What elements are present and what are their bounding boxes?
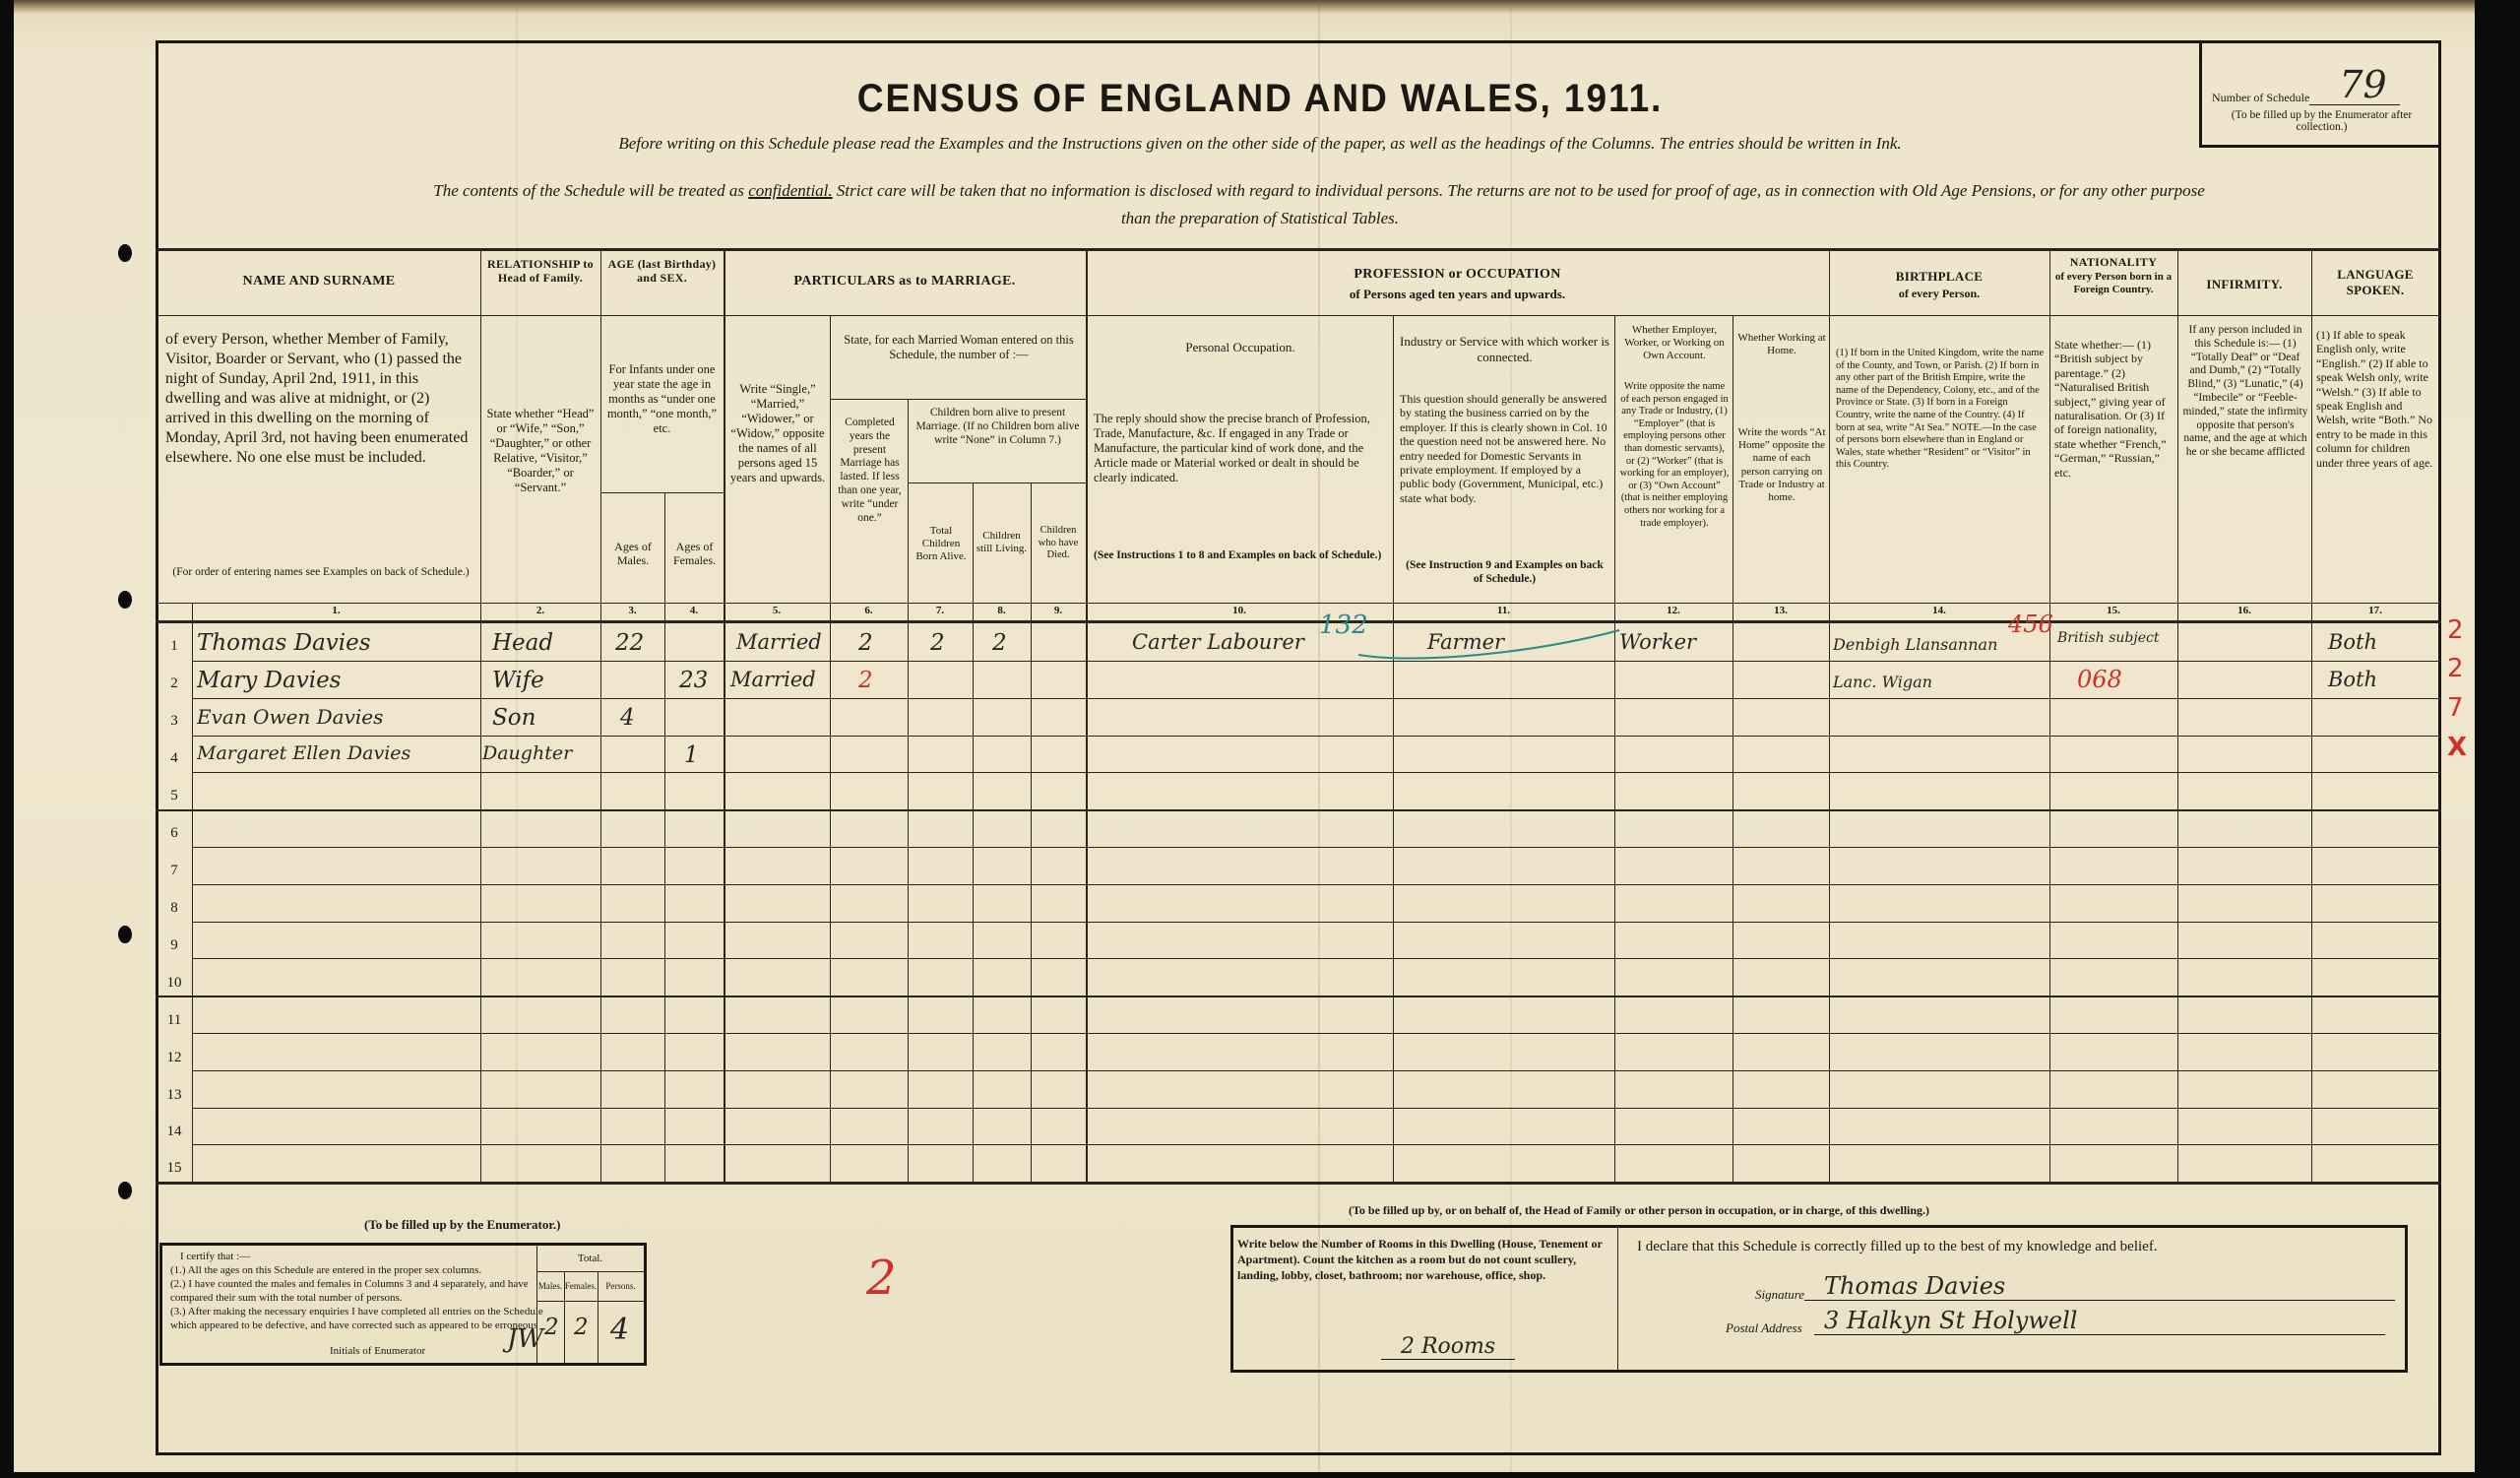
row-rule bbox=[192, 772, 2441, 773]
row-rule bbox=[192, 698, 2441, 699]
row-rule bbox=[156, 996, 2441, 997]
confidentiality-text: Strict care will be taken that no inform… bbox=[833, 181, 2205, 200]
children-total-label: Total Children Born Alive. bbox=[910, 522, 973, 567]
person-relationship: Son bbox=[492, 705, 535, 731]
at-home-label: Whether Working at Home. bbox=[1734, 329, 1829, 360]
person-name: Evan Owen Davies bbox=[197, 705, 383, 729]
children-died-label: Children who have Died. bbox=[1031, 522, 1086, 565]
total-persons-value: 4 bbox=[610, 1313, 629, 1347]
certify-item-1: (1.) All the ages on this Schedule are e… bbox=[170, 1263, 549, 1277]
row-number: 15 bbox=[159, 1160, 189, 1177]
enumerator-heading: (To be filled up by the Enumerator.) bbox=[364, 1217, 560, 1234]
sub-rule bbox=[908, 482, 1086, 483]
industry-note: (See Instruction 9 and Examples on back … bbox=[1397, 556, 1612, 590]
personal-occupation-instructions: The reply should show the precise branch… bbox=[1091, 409, 1390, 488]
column-number: 8. bbox=[973, 605, 1031, 616]
postal-address-field[interactable]: 3 Halkyn St Holywell bbox=[1814, 1307, 2385, 1335]
person-nationality: British subject bbox=[2057, 630, 2159, 646]
col-sep bbox=[480, 248, 481, 1182]
employer-label: Whether Employer, Worker, or Working on … bbox=[1616, 321, 1732, 366]
enumerator-certification-box: I certify that :— (1.) All the ages on t… bbox=[159, 1243, 647, 1366]
margin-mark: 7 bbox=[2447, 693, 2464, 723]
signature-field[interactable]: Thomas Davies bbox=[1804, 1272, 2395, 1301]
person-relationship: Daughter bbox=[482, 742, 572, 764]
col-sep bbox=[973, 482, 974, 1182]
col-sep bbox=[830, 315, 831, 1182]
person-age-female: 23 bbox=[679, 668, 708, 693]
certify-text: I certify that :— (1.) All the ages on t… bbox=[170, 1250, 549, 1332]
row-rule bbox=[192, 736, 2441, 737]
certify-item-3: (3.) After making the necessary enquirie… bbox=[170, 1305, 549, 1332]
person-age-male: 4 bbox=[620, 705, 635, 731]
years-married: 2 bbox=[858, 668, 873, 693]
col-sep bbox=[2049, 248, 2050, 1182]
sub-rule bbox=[600, 492, 724, 493]
column-number: 17. bbox=[2311, 605, 2439, 616]
sub-rule bbox=[830, 399, 1086, 400]
rooms-value[interactable]: 2 Rooms bbox=[1381, 1334, 1515, 1360]
children-living: 2 bbox=[992, 630, 1007, 656]
punch-hole-icon bbox=[118, 926, 132, 943]
subheader-rule bbox=[156, 603, 2441, 604]
total-label: Total. bbox=[536, 1252, 644, 1265]
table-bottom-rule bbox=[156, 1182, 2441, 1185]
confidentiality-notice-cont: than the preparation of Statistical Tabl… bbox=[0, 209, 2520, 228]
at-home-instructions: Write the words “At Home” opposite the n… bbox=[1734, 423, 1829, 507]
row-number: 2 bbox=[159, 675, 189, 692]
column-number: 1. bbox=[192, 605, 480, 616]
column-number: 3. bbox=[600, 605, 664, 616]
nationality-code-annotation: 068 bbox=[2077, 666, 2122, 693]
column-number: 6. bbox=[830, 605, 908, 616]
person-age-female: 1 bbox=[684, 742, 699, 768]
schedule-number-value: 79 bbox=[2339, 63, 2386, 106]
total-females-value: 2 bbox=[574, 1315, 589, 1340]
person-marital-status: Married bbox=[736, 630, 822, 654]
col-sep bbox=[600, 248, 601, 1182]
header-infirmity: INFIRMITY. bbox=[2177, 274, 2311, 295]
confidentiality-notice: The contents of the Schedule will be tre… bbox=[59, 181, 2520, 201]
header-name: NAME AND SURNAME bbox=[157, 271, 480, 293]
children-living-label: Children still Living. bbox=[973, 527, 1031, 558]
col-sep bbox=[908, 399, 909, 1182]
row-rule bbox=[192, 922, 2441, 923]
col-sep bbox=[1732, 315, 1733, 1182]
col-sep bbox=[2311, 248, 2312, 1182]
person-birthplace: Lanc. Wigan bbox=[1833, 673, 1932, 691]
column-number: 2. bbox=[480, 605, 600, 616]
marital-instructions: Write “Single,” “Married,” “Widower,” or… bbox=[725, 379, 830, 488]
rooms-instructions: Write below the Number of Rooms in this … bbox=[1237, 1236, 1611, 1284]
margin-mark: X bbox=[2447, 733, 2467, 762]
certify-intro: I certify that :— bbox=[170, 1250, 549, 1263]
name-note: (For order of entering names see Example… bbox=[162, 563, 479, 583]
row-rule bbox=[192, 884, 2441, 885]
person-relationship: Wife bbox=[492, 668, 544, 693]
row-number: 13 bbox=[159, 1087, 189, 1104]
col-sep bbox=[1393, 315, 1394, 1182]
row-rule bbox=[192, 1033, 2441, 1034]
person-birthplace: Denbigh Llansannan bbox=[1833, 635, 1997, 654]
person-marital-status: Married bbox=[730, 668, 816, 691]
children-instructions: Children born alive to present Marriage.… bbox=[910, 404, 1086, 450]
header-nationality-sub: of every Person born in a Foreign Countr… bbox=[2049, 268, 2177, 299]
schedule-number-label: Number of Schedule bbox=[2212, 91, 2309, 104]
row-rule bbox=[192, 1108, 2441, 1109]
household-declaration-box: Write below the Number of Rooms in this … bbox=[1230, 1225, 2408, 1373]
total-males-value: 2 bbox=[544, 1315, 559, 1340]
confidential-word: confidential. bbox=[748, 181, 832, 200]
ages-males-label: Ages of Males. bbox=[602, 537, 663, 571]
ages-females-label: Ages of Females. bbox=[665, 537, 724, 571]
initials-value: JW bbox=[507, 1324, 543, 1354]
schedule-number-note: (To be filled up by the Enumerator after… bbox=[2212, 109, 2431, 133]
person-language: Both bbox=[2328, 630, 2377, 654]
language-instructions: (1) If able to speak English only, write… bbox=[2313, 325, 2439, 473]
personal-occupation-label: Personal Occupation. bbox=[1088, 337, 1393, 358]
row-rule bbox=[192, 847, 2441, 848]
row-number: 12 bbox=[159, 1050, 189, 1066]
column-number: 5. bbox=[724, 605, 830, 616]
industry-instructions: This question should generally be answer… bbox=[1397, 389, 1612, 508]
header-rule bbox=[156, 315, 2441, 316]
margin-mark: 2 bbox=[2447, 615, 2464, 645]
row-rule bbox=[192, 1144, 2441, 1145]
initials-label: Initials of Enumerator bbox=[330, 1344, 425, 1358]
column-number: 12. bbox=[1614, 605, 1732, 616]
table-top-rule bbox=[156, 248, 2441, 251]
punch-hole-icon bbox=[118, 591, 132, 609]
header-marriage: PARTICULARS as to MARRIAGE. bbox=[724, 271, 1086, 293]
col-sep bbox=[1614, 315, 1615, 1182]
punch-hole-icon bbox=[118, 244, 132, 262]
column-number: 9. bbox=[1031, 605, 1086, 616]
row-number: 1 bbox=[159, 638, 189, 655]
row-number: 8 bbox=[159, 900, 189, 917]
teal-link-stroke-icon bbox=[1358, 625, 1634, 665]
row-number: 5 bbox=[159, 788, 189, 804]
row-number: 6 bbox=[159, 825, 189, 842]
header-age: AGE (last Birthday) and SEX. bbox=[600, 254, 724, 289]
row-number: 3 bbox=[159, 713, 189, 730]
header-language: LANGUAGE SPOKEN. bbox=[2311, 264, 2439, 300]
col-sep bbox=[1031, 482, 1032, 1182]
declaration-text: I declare that this Schedule is correctl… bbox=[1637, 1238, 2158, 1257]
row-number: 11 bbox=[159, 1012, 189, 1029]
schedule-number-box: Number of Schedule79 (To be filled up by… bbox=[2199, 43, 2441, 148]
children-born: 2 bbox=[930, 630, 945, 656]
females-label: Females. bbox=[564, 1281, 598, 1293]
infirmity-instructions: If any person included in this Schedule … bbox=[2179, 321, 2311, 463]
schedule-number-field[interactable]: 79 bbox=[2309, 85, 2400, 105]
person-name: Mary Davies bbox=[197, 668, 341, 693]
page-title: CENSUS OF ENGLAND AND WALES, 1911. bbox=[89, 77, 2432, 121]
column-number: 7. bbox=[908, 605, 973, 616]
years-married-label: Completed years the present Marriage has… bbox=[832, 414, 908, 528]
name-instructions: of every Person, whether Member of Famil… bbox=[162, 327, 479, 471]
birthplace-code-annotation: 456 bbox=[2008, 610, 2053, 638]
age-instructions: For Infants under one year state the age… bbox=[602, 359, 722, 439]
header-occupation-sub: of Persons aged ten years and upwards. bbox=[1086, 284, 1829, 305]
relationship-instructions: State whether “Head” or “Wife,” “Son,” “… bbox=[482, 404, 598, 498]
row-rule bbox=[192, 661, 2441, 662]
column-number: 13. bbox=[1732, 605, 1829, 616]
col-sep bbox=[664, 492, 665, 1182]
person-relationship: Head bbox=[492, 630, 553, 656]
row-rule bbox=[192, 958, 2441, 959]
nationality-instructions: State whether:— (1) “British subject by … bbox=[2051, 335, 2175, 482]
punch-hole-icon bbox=[118, 1182, 132, 1199]
married-woman-instructions: State, for each Married Woman entered on… bbox=[832, 330, 1086, 365]
col-sep bbox=[2177, 248, 2178, 1182]
certify-item-2: (2.) I have counted the males and female… bbox=[170, 1277, 549, 1305]
col-sep bbox=[1086, 248, 1088, 1182]
row-number: 4 bbox=[159, 750, 189, 767]
row-number: 14 bbox=[159, 1124, 189, 1140]
column-number: 15. bbox=[2049, 605, 2177, 616]
column-number: 16. bbox=[2177, 605, 2311, 616]
birthplace-instructions: (1) If born in the United Kingdom, write… bbox=[1833, 345, 2047, 475]
postal-address-label: Postal Address bbox=[1726, 1320, 1802, 1337]
person-name: Margaret Ellen Davies bbox=[197, 742, 410, 764]
red-tally-mark: 2 bbox=[866, 1251, 897, 1306]
column-number-rule bbox=[156, 620, 2441, 623]
row-rule bbox=[156, 809, 2441, 811]
col-sep bbox=[192, 603, 193, 1182]
row-number: 10 bbox=[159, 975, 189, 992]
person-occupation: Carter Labourer bbox=[1132, 630, 1304, 654]
household-heading: (To be filled up by, or on behalf of, th… bbox=[1349, 1203, 1929, 1219]
personal-occupation-note: (See Instructions 1 to 8 and Examples on… bbox=[1091, 546, 1390, 566]
males-label: Males. bbox=[536, 1281, 564, 1293]
row-number: 9 bbox=[159, 937, 189, 954]
employer-instructions: Write opposite the name of each person e… bbox=[1616, 378, 1732, 533]
confidentiality-text: The contents of the Schedule will be tre… bbox=[433, 181, 748, 200]
col-sep bbox=[1829, 248, 1830, 1182]
row-number: 7 bbox=[159, 863, 189, 879]
person-age-male: 22 bbox=[615, 630, 644, 656]
persons-label: Persons. bbox=[598, 1281, 644, 1293]
industry-label: Industry or Service with which worker is… bbox=[1395, 331, 1614, 367]
column-number: 4. bbox=[664, 605, 724, 616]
header-relationship: RELATIONSHIP to Head of Family. bbox=[480, 254, 600, 289]
header-birthplace-sub: of every Person. bbox=[1829, 284, 2049, 303]
margin-mark: 2 bbox=[2447, 654, 2464, 683]
intro-instruction: Before writing on this Schedule please r… bbox=[0, 134, 2520, 154]
years-married: 2 bbox=[858, 630, 873, 656]
row-rule bbox=[192, 1070, 2441, 1071]
column-number: 11. bbox=[1393, 605, 1614, 616]
signature-label: Signature bbox=[1755, 1287, 1804, 1304]
person-language: Both bbox=[2328, 668, 2377, 691]
person-name: Thomas Davies bbox=[197, 630, 371, 656]
